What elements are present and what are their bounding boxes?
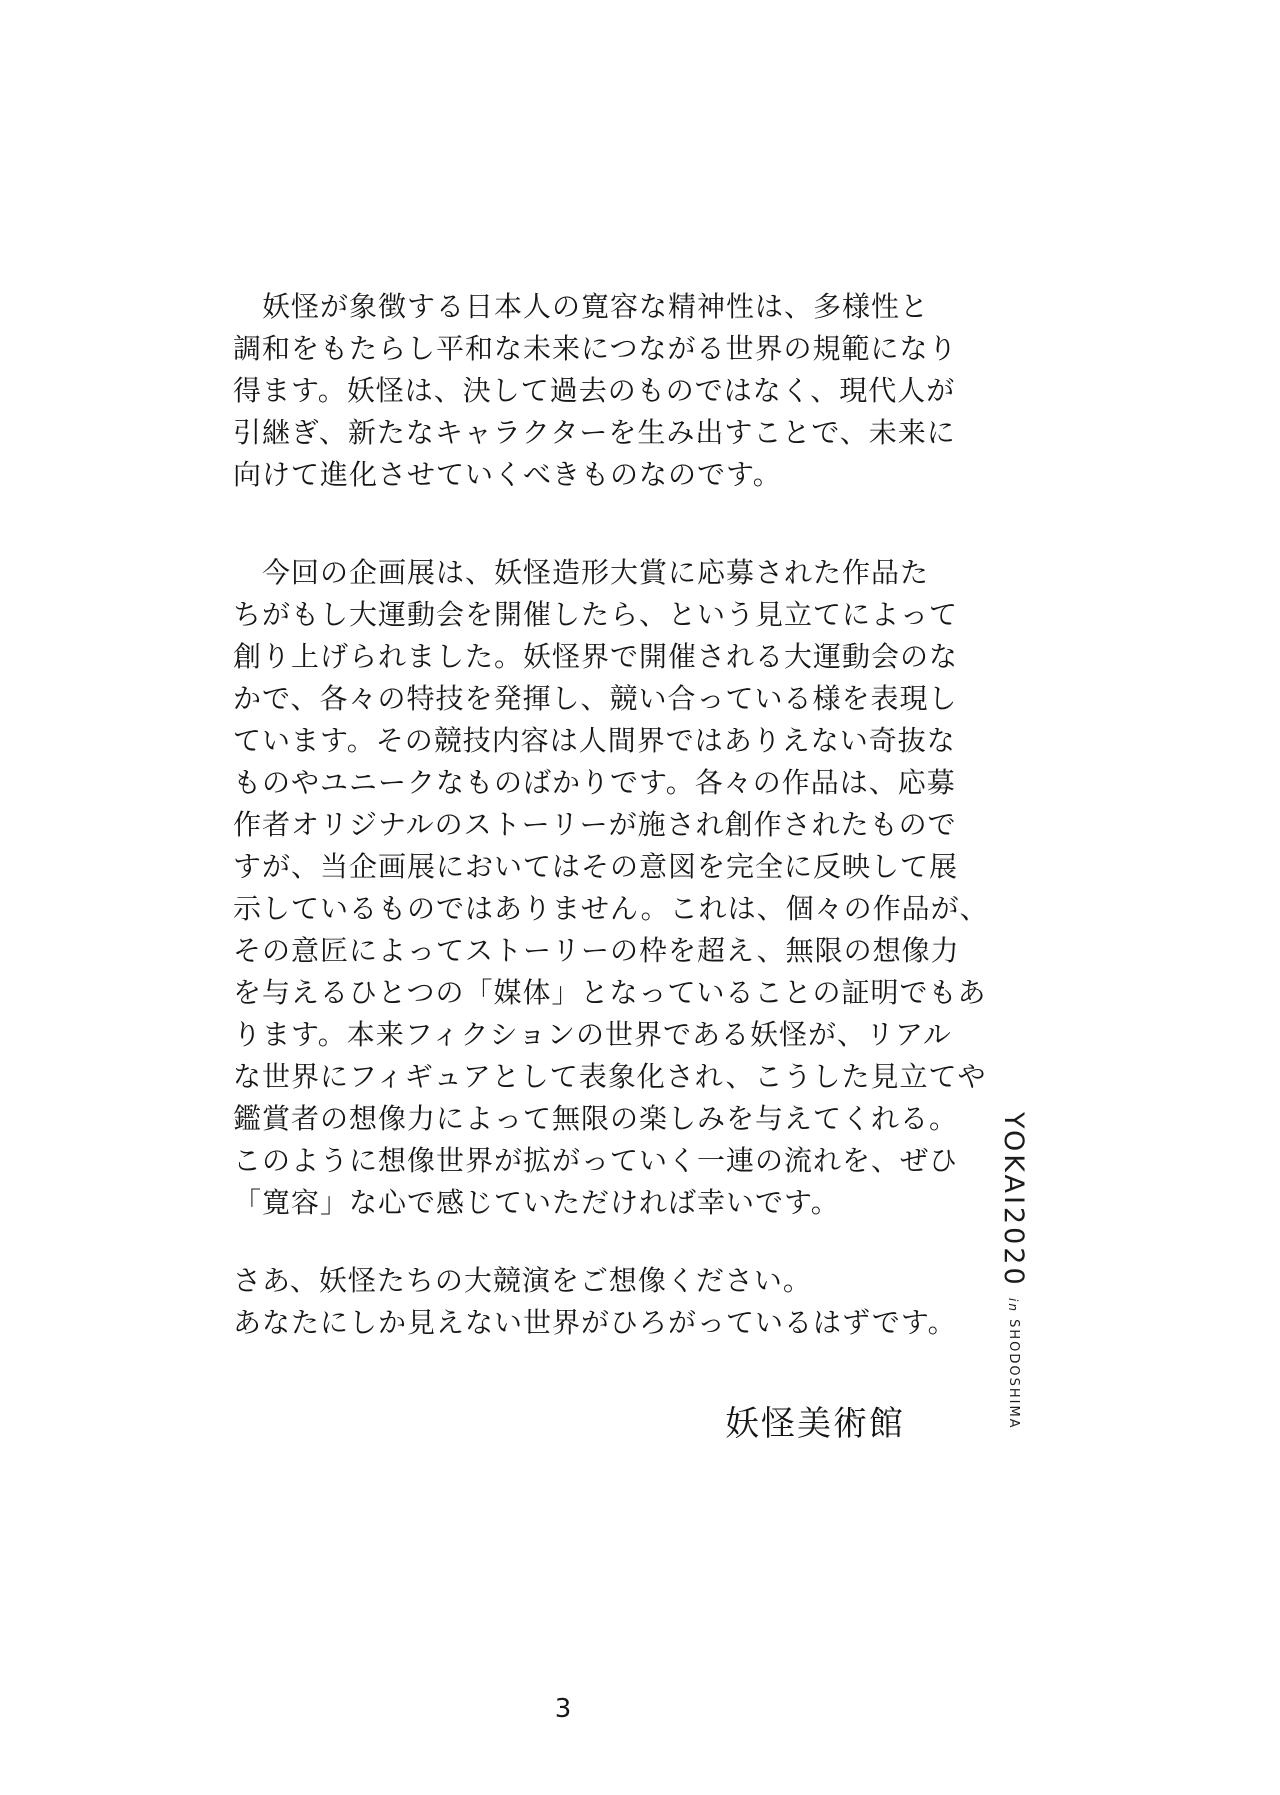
body-line: 調和をもたらし平和な未来につながる世界の規範になり: [233, 328, 969, 370]
side-subtitle-in: in: [1006, 1298, 1020, 1313]
side-title-yokai2020: YOKAI2020: [998, 1112, 1029, 1288]
body-line: その意匠によってストーリーの枠を超え、無限の想像力: [233, 930, 969, 972]
paragraph-3: さあ、妖怪たちの大競演をご想像ください。 あなたにしか見えない世界がひろがってい…: [233, 1260, 969, 1344]
body-line: さあ、妖怪たちの大競演をご想像ください。: [233, 1260, 969, 1302]
body-line: 「寛容」な心で感じていただければ幸いです。: [233, 1182, 969, 1224]
body-line: ちがもし大運動会を開催したら、という見立てによって: [233, 594, 969, 636]
body-line: 作者オリジナルのストーリーが施され創作されたもので: [233, 804, 969, 846]
body-line: ります。本来フィクションの世界である妖怪が、リアル: [233, 1014, 969, 1056]
body-line: 向けて進化させていくべきものなのです。: [233, 454, 969, 496]
side-subtitle-text: SHODOSHIMA: [1006, 1319, 1021, 1429]
body-line: かで、各々の特技を発揮し、競い合っている様を表現し: [233, 678, 969, 720]
paragraph-1: 妖怪が象徴する日本人の寛容な精神性は、多様性と 調和をもたらし平和な未来につなが…: [233, 286, 969, 496]
side-vertical-title: YOKAI2020 in SHODOSHIMA: [998, 1112, 1029, 1429]
body-line: 今回の企画展は、妖怪造形大賞に応募された作品た: [233, 552, 969, 594]
body-line: 引継ぎ、新たなキャラクターを生み出すことで、未来に: [233, 412, 969, 454]
signature-museum-name: 妖怪美術館: [233, 1396, 905, 1445]
paragraph-2: 今回の企画展は、妖怪造形大賞に応募された作品た ちがもし大運動会を開催したら、と…: [233, 552, 969, 1224]
body-line: 創り上げられました。妖怪界で開催される大運動会のな: [233, 636, 969, 678]
body-line: 妖怪が象徴する日本人の寛容な精神性は、多様性と: [233, 286, 969, 328]
body-line: ものやユニークなものばかりです。各々の作品は、応募: [233, 762, 969, 804]
body-line: 示しているものではありません。これは、個々の作品が、: [233, 888, 969, 930]
body-line: を与えるひとつの「媒体」となっていることの証明でもあ: [233, 972, 969, 1014]
side-subtitle-shodoshima: in SHODOSHIMA: [1006, 1298, 1021, 1430]
body-line: 得ます。妖怪は、決して過去のものではなく、現代人が: [233, 370, 969, 412]
document-page: 妖怪が象徴する日本人の寛容な精神性は、多様性と 調和をもたらし平和な未来につなが…: [0, 0, 1280, 1795]
body-line: このように想像世界が拡がっていく一連の流れを、ぜひ: [233, 1140, 969, 1182]
body-line: 鑑賞者の想像力によって無限の楽しみを与えてくれる。: [233, 1098, 969, 1140]
body-line: な世界にフィギュアとして表象化され、こうした見立てや: [233, 1056, 969, 1098]
body-line: ています。その競技内容は人間界ではありえない奇抜な: [233, 720, 969, 762]
page-number: 3: [233, 1694, 893, 1724]
body-text: 妖怪が象徴する日本人の寛容な精神性は、多様性と 調和をもたらし平和な未来につなが…: [233, 286, 969, 1400]
body-line: すが、当企画展においてはその意図を完全に反映して展: [233, 846, 969, 888]
body-line: あなたにしか見えない世界がひろがっているはずです。: [233, 1302, 969, 1344]
